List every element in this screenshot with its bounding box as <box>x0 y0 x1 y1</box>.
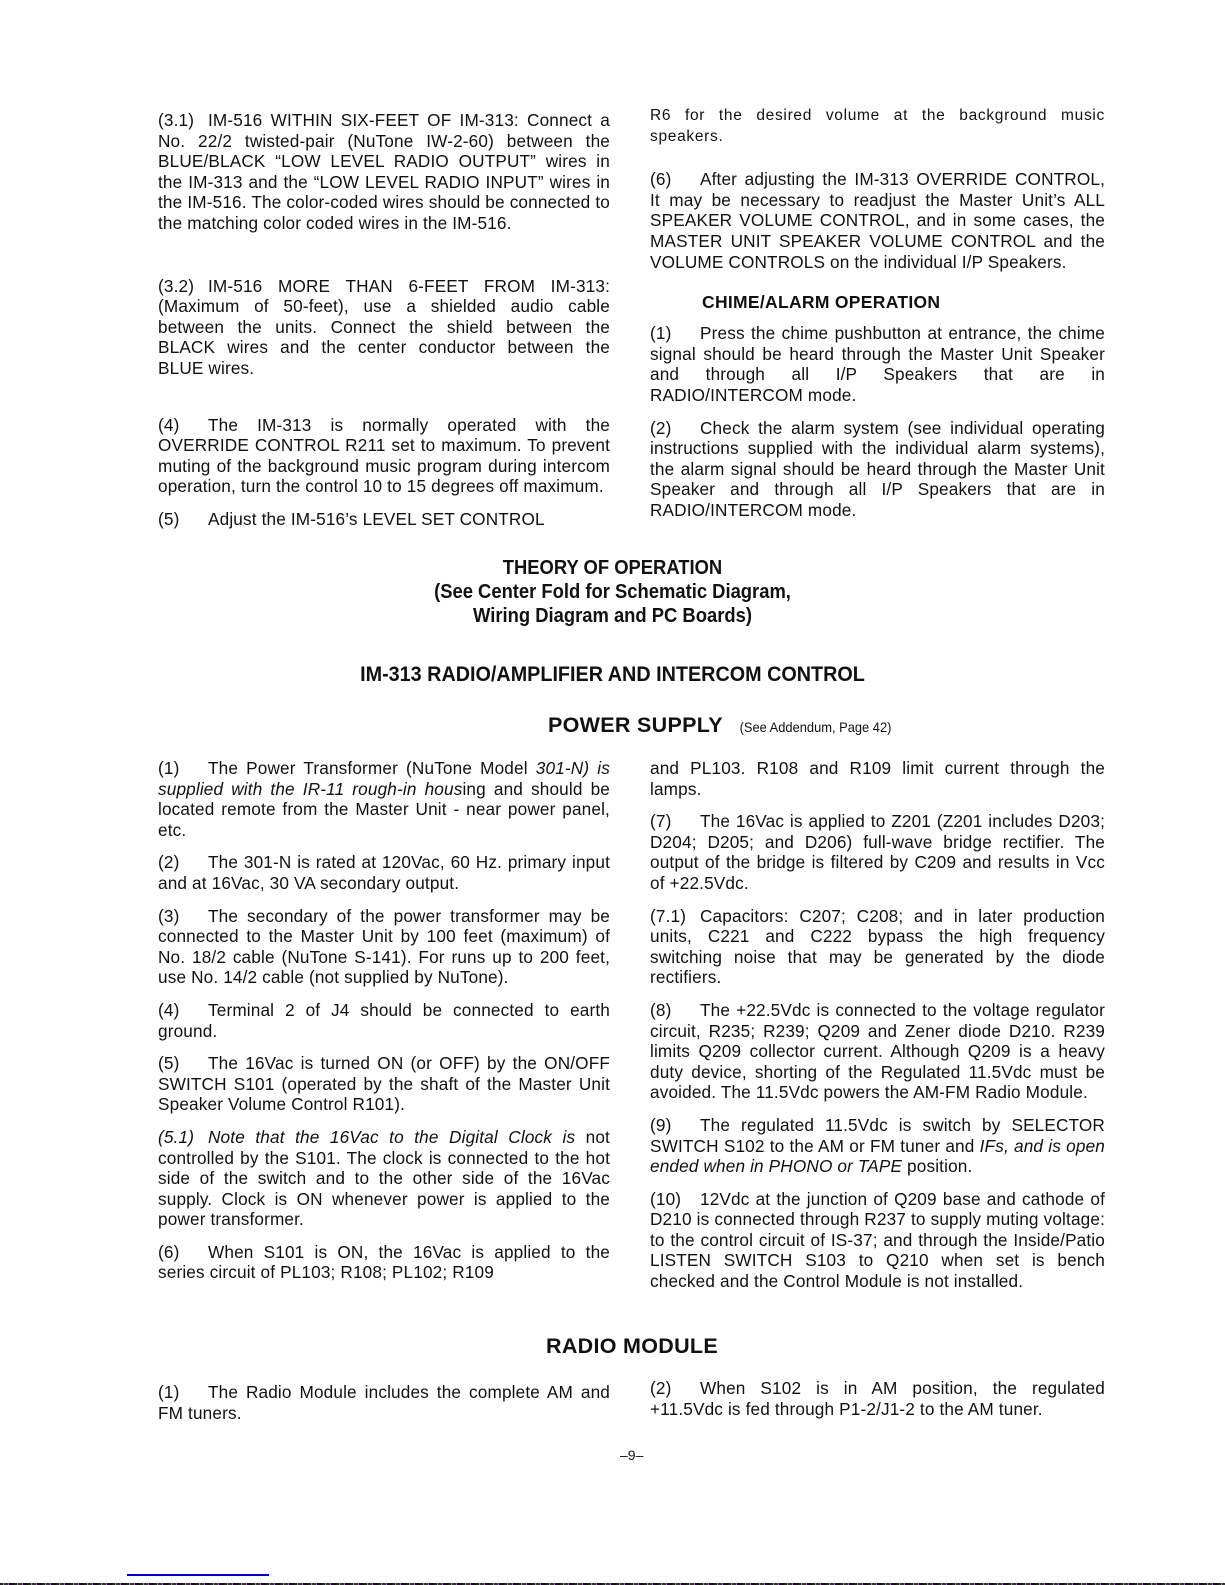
ps-paragraph-9: (9)The regulated 11.5Vdc is switch by SE… <box>650 1115 1105 1177</box>
ps-paragraph-1: (1)The Power Transformer (NuTone Model 3… <box>158 758 610 840</box>
ps-paragraph-8: (8)The +22.5Vdc is connected to the volt… <box>650 1000 1105 1103</box>
radio-paragraph-1: (1)The Radio Module includes the complet… <box>158 1382 610 1423</box>
radio-module-right-column: (2)When S102 is in AM position, the regu… <box>650 1378 1105 1419</box>
chime-alarm-heading: CHIME/ALARM OPERATION <box>650 292 1105 313</box>
chime-paragraph-2: (2)Check the alarm system (see individua… <box>650 418 1105 521</box>
link-underline[interactable] <box>127 1574 269 1576</box>
power-supply-heading: POWER SUPPLY(See Addendum, Page 42) <box>548 713 898 738</box>
paragraph-3-2: (3.2)IM-516 MORE THAN 6-FEET FROM IM-313… <box>158 276 610 379</box>
power-supply-right-column: and PL103. R108 and R109 limit current t… <box>650 758 1105 1292</box>
power-supply-left-column: (1)The Power Transformer (NuTone Model 3… <box>158 758 610 1283</box>
radio-module-left-column: (1)The Radio Module includes the complet… <box>158 1382 610 1423</box>
addendum-note: (See Addendum, Page 42) <box>739 719 891 735</box>
theory-subtitle-line2: Wiring Diagram and PC Boards) <box>49 604 1176 628</box>
page-number: –9– <box>620 1447 643 1463</box>
ps-paragraph-4: (4)Terminal 2 of J4 should be connected … <box>158 1000 610 1041</box>
manual-page: (3.1)IM-516 WITHIN SIX-FEET OF IM-313: C… <box>0 0 1225 1585</box>
theory-title: THEORY OF OPERATION <box>49 556 1176 580</box>
paragraph-4: (4)The IM-313 is normally operated with … <box>158 415 610 497</box>
ps-paragraph-3: (3)The secondary of the power transforme… <box>158 906 610 988</box>
paragraph-3-1: (3.1)IM-516 WITHIN SIX-FEET OF IM-313: C… <box>158 110 610 234</box>
ps-paragraph-6-continued: and PL103. R108 and R109 limit current t… <box>650 758 1105 799</box>
top-left-column: (3.1)IM-516 WITHIN SIX-FEET OF IM-313: C… <box>158 110 610 530</box>
radio-paragraph-2: (2)When S102 is in AM position, the regu… <box>650 1378 1105 1419</box>
paragraph-continuation: R6 for the desired volume at the backgro… <box>650 106 1105 147</box>
chime-paragraph-1: (1)Press the chime pushbutton at entranc… <box>650 323 1105 405</box>
section-title: IM-313 RADIO/AMPLIFIER AND INTERCOM CONT… <box>49 662 1176 687</box>
theory-subtitle-line1: (See Center Fold for Schematic Diagram, <box>49 580 1176 604</box>
theory-of-operation-heading: THEORY OF OPERATION (See Center Fold for… <box>49 556 1176 628</box>
radio-module-heading: RADIO MODULE <box>546 1334 718 1359</box>
paragraph-6: (6)After adjusting the IM-313 OVERRIDE C… <box>650 169 1105 272</box>
ps-paragraph-7-1: (7.1)Capacitors: C207; C208; and in late… <box>650 906 1105 988</box>
power-supply-title: POWER SUPPLY <box>548 713 723 737</box>
ps-paragraph-7: (7)The 16Vac is applied to Z201 (Z201 in… <box>650 811 1105 893</box>
ps-paragraph-10: (10)12Vdc at the junction of Q209 base a… <box>650 1189 1105 1292</box>
ps-paragraph-5-1: (5.1)Note that the 16Vac to the Digital … <box>158 1127 610 1230</box>
ps-paragraph-2: (2)The 301-N is rated at 120Vac, 60 Hz. … <box>158 852 610 893</box>
paragraph-5: (5)Adjust the IM-516’s LEVEL SET CONTROL <box>158 509 610 530</box>
top-right-column: R6 for the desired volume at the backgro… <box>650 106 1105 521</box>
ps-paragraph-5: (5)The 16Vac is turned ON (or OFF) by th… <box>158 1053 610 1115</box>
ps-paragraph-6: (6)When S101 is ON, the 16Vac is applied… <box>158 1242 610 1283</box>
